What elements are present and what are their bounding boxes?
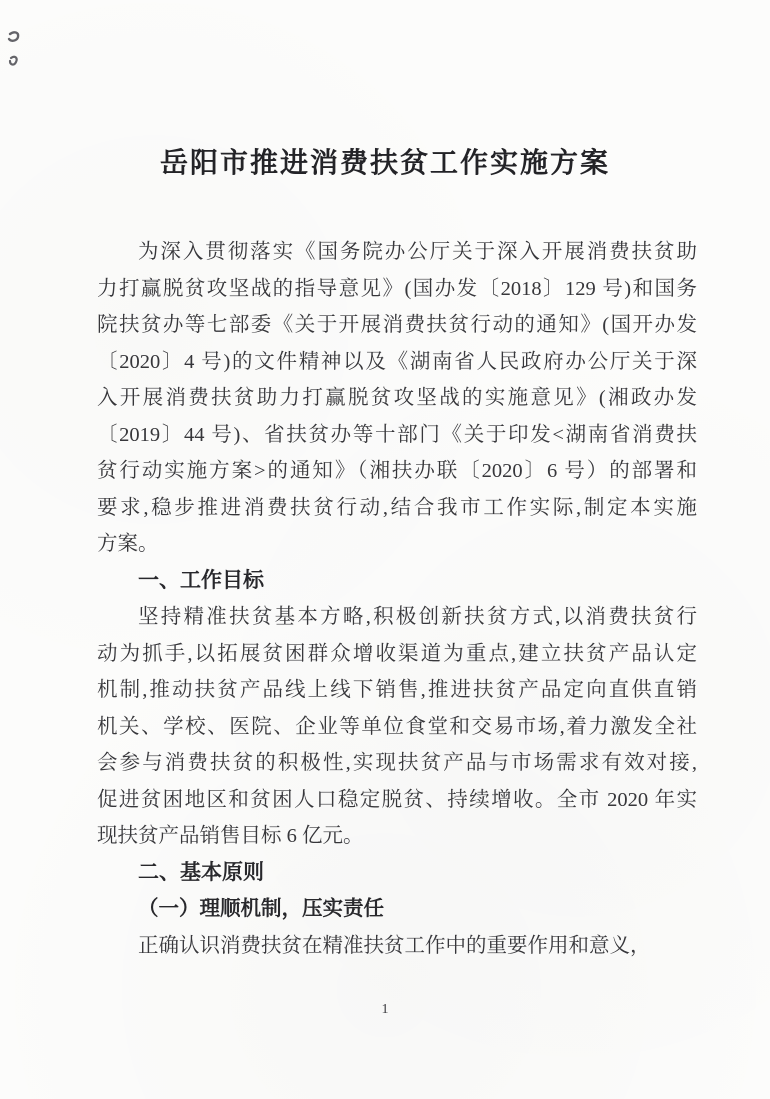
text-line: 促进贫困地区和贫困人口稳定脱贫、持续增收。全市 2020 年实 bbox=[97, 782, 697, 819]
text-line: 院扶贫办等七部委《关于开展消费扶贫行动的通知》(国开办发 bbox=[97, 307, 697, 344]
scan-artifact-marks bbox=[4, 28, 28, 76]
text-line: 〔2019〕44 号)、省扶贫办等十部门《关于印发<湖南省消费扶 bbox=[97, 417, 697, 454]
document-body: 为深入贯彻落实《国务院办公厅关于深入开展消费扶贫助力打赢脱贫攻坚战的指导意见》(… bbox=[97, 234, 697, 964]
text-line: 入开展消费扶贫助力打赢脱贫攻坚战的实施意见》(湘政办发 bbox=[97, 380, 697, 417]
text-line: 力打赢脱贫攻坚战的指导意见》(国办发〔2018〕129 号)和国务 bbox=[97, 271, 697, 308]
text-line: 正确认识消费扶贫在精准扶贫工作中的重要作用和意义， bbox=[97, 928, 697, 965]
text-line: 动为抓手,以拓展贫困群众增收渠道为重点,建立扶贫产品认定 bbox=[97, 636, 697, 673]
text-line: 〔2020〕4 号)的文件精神以及《湖南省人民政府办公厅关于深 bbox=[97, 344, 697, 381]
section-heading: 一、工作目标 bbox=[97, 563, 697, 600]
section-heading: （一）理顺机制，压实责任 bbox=[97, 891, 697, 928]
text-line: 坚持精准扶贫基本方略,积极创新扶贫方式,以消费扶贫行 bbox=[97, 599, 697, 636]
text-line: 贫行动实施方案>的通知》（湘扶办联〔2020〕6 号）的部署和 bbox=[97, 453, 697, 490]
text-line: 要求,稳步推进消费扶贫行动,结合我市工作实际,制定本实施 bbox=[97, 490, 697, 527]
text-line: 方案。 bbox=[97, 526, 697, 563]
document-title: 岳阳市推进消费扶贫工作实施方案 bbox=[0, 141, 770, 181]
document-page: 岳阳市推进消费扶贫工作实施方案 为深入贯彻落实《国务院办公厅关于深入开展消费扶贫… bbox=[0, 0, 770, 1099]
text-line: 现扶贫产品销售目标 6 亿元。 bbox=[97, 818, 697, 855]
page-number: 1 bbox=[0, 1002, 770, 1018]
text-line: 为深入贯彻落实《国务院办公厅关于深入开展消费扶贫助 bbox=[97, 234, 697, 271]
section-heading: 二、基本原则 bbox=[97, 855, 697, 892]
text-line: 会参与消费扶贫的积极性,实现扶贫产品与市场需求有效对接, bbox=[97, 745, 697, 782]
text-line: 机关、学校、医院、企业等单位食堂和交易市场,着力激发全社 bbox=[97, 709, 697, 746]
text-line: 机制,推动扶贫产品线上线下销售,推进扶贫产品定向直供直销 bbox=[97, 672, 697, 709]
